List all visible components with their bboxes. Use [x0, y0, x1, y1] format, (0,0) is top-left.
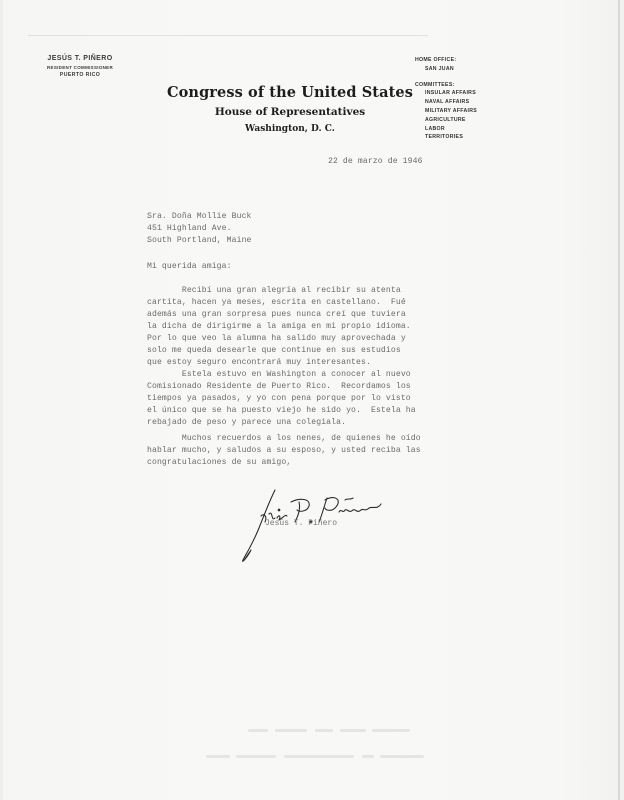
- address-line: South Portland, Maine: [147, 235, 252, 247]
- letterhead-congress: Congress of the United States: [140, 84, 440, 101]
- body-paragraph-2: Estela estuvo en Washington a conocer al…: [147, 369, 416, 429]
- home-office-label: HOME OFFICE:: [415, 56, 545, 65]
- committees-label: COMMITTEES:: [415, 81, 545, 90]
- salutation: Mi querida amiga:: [147, 261, 232, 273]
- body-line: congratulaciones de su amigo,: [147, 457, 421, 469]
- body-line: tiempos ya pasados, y yo con pena porque…: [147, 393, 416, 405]
- committee-item: NAVAL AFFAIRS: [415, 98, 545, 107]
- body-line: Comisionado Residente de Puerto Rico. Re…: [147, 381, 416, 393]
- letterhead-house: House of Representatives: [140, 106, 440, 118]
- body-line: que estoy seguro encontrará muy interesa…: [147, 357, 411, 369]
- body-line: rebajado de peso y parece una colegiala.: [147, 417, 416, 429]
- body-line: el único que se ha puesto viejo he sido …: [147, 405, 416, 417]
- body-line: Por lo que veo la alumna ha salido muy a…: [147, 333, 411, 345]
- scan-artifact-line: [28, 35, 428, 36]
- body-line: cartita, hacen ya meses, escrita en cast…: [147, 297, 411, 309]
- body-line: Recibí una gran alegría al recibir su at…: [147, 285, 411, 297]
- body-line: además una gran sorpresa pues nunca creí…: [147, 309, 411, 321]
- committee-item: AGRICULTURE: [415, 116, 545, 125]
- body-line: Muchos recuerdos a los nenes, de quienes…: [147, 433, 421, 445]
- committee-item: LABOR: [415, 125, 545, 134]
- recipient-address: Sra. Doña Mollie Buck451 Highland Ave.So…: [147, 211, 252, 247]
- committees-list: INSULAR AFFAIRSNAVAL AFFAIRSMILITARY AFF…: [415, 89, 545, 142]
- address-line: 451 Highland Ave.: [147, 223, 252, 235]
- sender-name: JESÚS T. PIÑERO: [30, 55, 130, 62]
- letterhead-sender: JESÚS T. PIÑERO RESIDENT COMMISSIONER PU…: [30, 55, 130, 78]
- letterhead-city: Washington, D. C.: [140, 124, 440, 134]
- letterhead-offices: HOME OFFICE: SAN JUAN COMMITTEES: INSULA…: [415, 56, 545, 142]
- committee-item: MILITARY AFFAIRS: [415, 107, 545, 116]
- sender-title: RESIDENT COMMISSIONER: [30, 65, 130, 70]
- body-paragraph-3: Muchos recuerdos a los nenes, de quienes…: [147, 433, 421, 469]
- address-line: Sra. Doña Mollie Buck: [147, 211, 252, 223]
- letterhead-title: Congress of the United States House of R…: [140, 84, 440, 134]
- body-line: solo me queda desearle que continue en s…: [147, 345, 411, 357]
- letter-date: 22 de marzo de 1946: [328, 156, 423, 168]
- body-line: Estela estuvo en Washington a conocer al…: [147, 369, 416, 381]
- sender-place: PUERTO RICO: [30, 72, 130, 78]
- body-line: la dicha de dirigirme a la amiga en mi p…: [147, 321, 411, 333]
- committee-item: TERRITORIES: [415, 133, 545, 142]
- page-edge-right: [618, 0, 620, 800]
- body-paragraph-1: Recibí una gran alegría al recibir su at…: [147, 285, 411, 369]
- body-line: hablar mucho, y saludos a su esposo, y u…: [147, 445, 421, 457]
- home-office: SAN JUAN: [415, 65, 545, 74]
- page-edge-left: [0, 0, 3, 800]
- committee-item: INSULAR AFFAIRS: [415, 89, 545, 98]
- letter-page: JESÚS T. PIÑERO RESIDENT COMMISSIONER PU…: [0, 0, 624, 800]
- typed-signature: Jesús T. Piñero: [265, 519, 337, 528]
